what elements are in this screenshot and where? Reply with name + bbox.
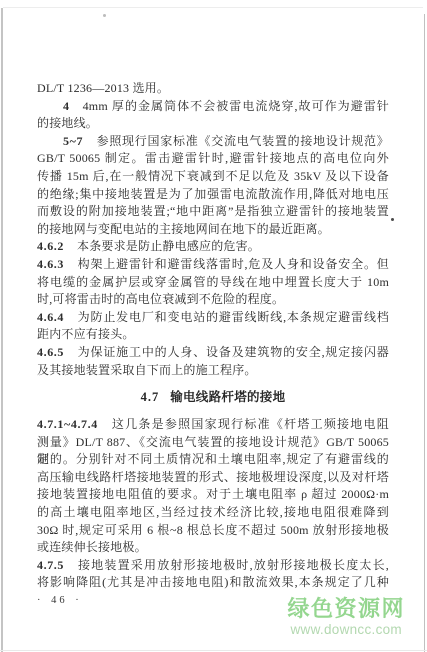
line-text: 这几条是参照国家现行标准《杆塔工频接地电阻	[111, 417, 389, 431]
body-line: 5~7参照现行国家标准《交流电气装置的接地设计规范》	[37, 133, 389, 151]
line-text: 的高土壤电阻率地区,当经过技术经济比较,接地电阻很难降到	[37, 505, 389, 519]
line-text: 传播 15m 后,在一般情况下衰减到不足以危及 35kV 及以下设备	[37, 169, 389, 183]
body-line: 的接地网与变配电站的主接地网间在地下的最近距离。	[37, 221, 389, 239]
body-line: 将影响降阻(尤其是冲击接地电阻)和散流效果,本条规定了几种	[37, 574, 389, 592]
line-text: 定的。分别针对不同土质情况和土壤电阻率,规定了有避雷线的	[37, 452, 389, 466]
body-line: 测量》DL/T 887、《交流电气装置的接地设计规范》GB/T 50065 制	[37, 434, 389, 452]
page-edge-bottom	[0, 650, 427, 651]
line-text: 接地装置采用放射形接地极时,放射形接地极长度太长,	[77, 558, 389, 572]
line-text: 本条要求是防止静电感应的危害。	[77, 239, 260, 253]
line-text: 的接地网与变配电站的主接地网间在地下的最近距离。	[37, 222, 330, 236]
line-text: 接地装置接地电阻值的要求。对于土壤电阻率 ρ 超过 2000Ω·m	[37, 487, 389, 501]
clause-number: 4.6.5	[37, 345, 64, 359]
body-line: GB/T 50065 制定。雷击避雷针时,避雷针接地点的高电位向外	[37, 150, 389, 168]
body-line: 或连续伸长接地极。	[37, 539, 389, 557]
watermark-site-url: www.downcc.com	[287, 622, 405, 637]
clause-number: 4	[63, 99, 70, 113]
line-text: 而敷设的附加接地装置;“地中距离”是指独立避雷针的接地装置	[37, 204, 389, 218]
line-text: GB/T 50065 制定。雷击避雷针时,避雷针接地点的高电位向外	[37, 151, 389, 165]
line-text: 参照现行国家标准《交流电气装置的接地设计规范》	[96, 134, 389, 148]
clause-number: 5~7	[63, 134, 83, 148]
body-line: 时,可将雷击时的高电位衰减到不危险的程度。	[37, 291, 389, 309]
line-text: DL/T 1236—2013 选用。	[37, 81, 169, 95]
body-line: 4.6.5为保证施工中的人身、设备及建筑物的安全,规定接闪器	[37, 344, 389, 362]
line-text: 的接地线。	[37, 116, 98, 130]
line-text: 时,可将雷击时的高电位衰减到不危险的程度。	[37, 292, 284, 306]
body-line: 4.6.2本条要求是防止静电感应的危害。	[37, 238, 389, 256]
line-text: 为保证施工中的人身、设备及建筑物的安全,规定接闪器	[77, 345, 389, 359]
body-line: 44mm 厚的金属筒体不会被雷电流烧穿,故可作为避雷针	[37, 98, 389, 116]
body-line: 将电缆的金属护层或穿金属管的导线在地中埋置长度大于 10m	[37, 274, 389, 292]
body-line: 的高土壤电阻率地区,当经过技术经济比较,接地电阻很难降到	[37, 504, 389, 522]
body-line: 4.6.3构架上避雷针和避雷线落雷时,危及人身和设备安全。但	[37, 256, 389, 274]
line-text: 30Ω 时,规定可采用 6 根~8 根总长度不超过 500m 放射形接地极	[37, 523, 389, 537]
section-title: 输电线路杆塔的接地	[170, 390, 285, 404]
line-text: 4mm 厚的金属筒体不会被雷电流烧穿,故可作为避雷针	[83, 99, 389, 113]
body-line: 传播 15m 后,在一般情况下衰减到不足以危及 35kV 及以下设备	[37, 168, 389, 186]
clause-number: 4.6.2	[37, 239, 64, 253]
body-line: 4.7.1~4.7.4这几条是参照国家现行标准《杆塔工频接地电阻	[37, 416, 389, 434]
scan-speck	[103, 14, 106, 17]
body-line: 30Ω 时,规定可采用 6 根~8 根总长度不超过 500m 放射形接地极	[37, 522, 389, 540]
line-text: 将影响降阻(尤其是冲击接地电阻)和散流效果,本条规定了几种	[37, 575, 389, 589]
body-line: 4.6.4为防止发电厂和变电站的避雷线断线,本条规定避雷线档	[37, 309, 389, 327]
line-text: 将电缆的金属护层或穿金属管的导线在地中埋置长度大于 10m	[37, 275, 389, 289]
page-edge-top	[3, 7, 423, 8]
line-text: 的绝缘;集中接地装置是为了加强雷电流散流作用,降低对地电压	[37, 187, 389, 201]
body-line: 距内不应有接头。	[37, 326, 389, 344]
body-line: 及其接地装置采取自下而上的施工程序。	[37, 362, 389, 380]
line-text: 为防止发电厂和变电站的避雷线断线,本条规定避雷线档	[77, 310, 389, 324]
body-line: 而敷设的附加接地装置;“地中距离”是指独立避雷针的接地装置	[37, 203, 389, 221]
clause-number: 4.7.1~4.7.4	[37, 417, 98, 431]
body-line: 的接地线。	[37, 115, 389, 133]
body-line: 定的。分别针对不同土质情况和土壤电阻率,规定了有避雷线的	[37, 451, 389, 469]
body-line: DL/T 1236—2013 选用。	[37, 80, 389, 98]
line-text: 及其接地装置采取自下而上的施工程序。	[37, 363, 257, 377]
line-text: 或连续伸长接地极。	[37, 540, 147, 554]
line-text: 距内不应有接头。	[37, 327, 135, 341]
watermark-site-name: 绿色资源网	[287, 596, 405, 621]
clause-number: 4.6.3	[37, 257, 64, 271]
body-line: 的绝缘;集中接地装置是为了加强雷电流散流作用,降低对地电压	[37, 186, 389, 204]
body-line: 高压输电线路杆塔接地装置的形式、接地极埋设深度,以及对杆塔	[37, 469, 389, 487]
line-text: 高压输电线路杆塔接地装置的形式、接地极埋设深度,以及对杆塔	[37, 470, 389, 484]
page-content: DL/T 1236—2013 选用。 44mm 厚的金属筒体不会被雷电流烧穿,故…	[0, 80, 427, 606]
body-line: 4.7.5接地装置采用放射形接地极时,放射形接地极长度太长,	[37, 557, 389, 575]
clause-number: 4.7.5	[37, 558, 64, 572]
watermark: 绿色资源网 www.downcc.com	[287, 596, 405, 637]
body-line: 接地装置接地电阻值的要求。对于土壤电阻率 ρ 超过 2000Ω·m	[37, 486, 389, 504]
section-heading: 4.7输电线路杆塔的接地	[37, 389, 389, 407]
clause-number: 4.6.4	[37, 310, 64, 324]
section-number: 4.7	[141, 390, 160, 404]
line-text: 构架上避雷针和避雷线落雷时,危及人身和设备安全。但	[77, 257, 389, 271]
